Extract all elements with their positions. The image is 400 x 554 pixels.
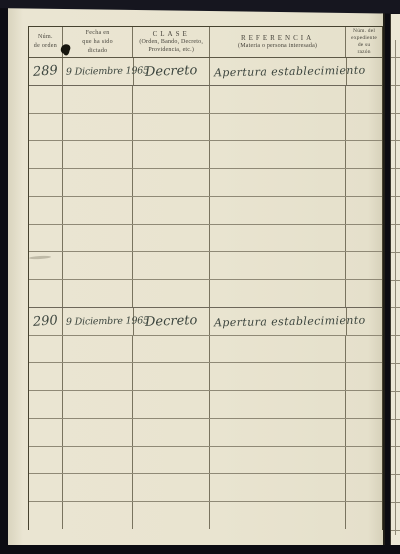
table-cell: 9 Diciembre 1965 [63,58,134,85]
table-cell [210,86,346,113]
table-cell: 289 [29,58,63,85]
table-body: 2899 Diciembre 1965DecretoApertura estab… [29,58,382,529]
table-cell [63,86,134,113]
table-cell [346,114,382,141]
table-row [29,280,382,308]
entry-referencia: Apertura establecimiento [213,64,365,80]
table-cell [346,502,382,529]
table-row [29,391,382,419]
table-header-row: Núm. de orden Fecha en que ha sido dicta… [29,27,382,58]
header-line: dictado [88,47,108,56]
table-cell [133,141,210,168]
table-cell [63,502,134,529]
table-cell: Apertura establecimiento [210,58,347,85]
next-page-rule-horizontal [391,252,400,253]
header-subtitle-line: Providencia, etc.) [148,47,194,55]
table-row [29,447,382,475]
header-line: de orden [34,42,57,51]
table-cell [346,197,382,224]
table-cell [133,280,210,307]
table-cell [29,86,63,113]
table-cell [133,86,210,113]
table-cell [29,197,63,224]
table-row: 2899 Diciembre 1965DecretoApertura estab… [29,58,382,86]
table-cell: 9 Diciembre 1965 [63,308,134,335]
table-row [29,363,382,391]
table-cell [210,141,346,168]
table-cell [346,169,382,196]
table-cell [133,474,210,501]
table-row [29,114,382,142]
header-line: razón [357,49,370,56]
table-cell [29,114,63,141]
next-page-rule-horizontal [391,419,400,420]
table-cell: Decreto [134,58,210,85]
table-cell: Apertura establecimiento [210,308,347,335]
column-header-fecha: Fecha en que ha sido dictado [63,27,134,57]
table-cell [210,419,346,446]
table-cell [210,114,346,141]
next-page-rule-horizontal [391,57,400,58]
table-row [29,169,382,197]
table-cell [133,391,210,418]
table-cell [346,391,382,418]
entry-fecha: 9 Diciembre 1965 [65,65,148,77]
table-cell [210,336,346,363]
next-page-edge [390,14,400,545]
table-row [29,197,382,225]
table-cell [346,363,382,390]
table-cell [210,280,346,307]
entry-num_orden: 290 [32,313,58,330]
table-cell [346,86,382,113]
table-cell [63,336,134,363]
next-page-rule-horizontal [391,168,400,169]
table-cell [29,336,63,363]
scanned-register-page: Núm. de orden Fecha en que ha sido dicta… [0,0,400,554]
table-cell [63,363,134,390]
table-cell [63,197,134,224]
column-header-clase: CLASE (Orden, Bando, Decreto, Providenci… [133,27,210,57]
next-page-rule-horizontal [391,363,400,364]
column-header-num-expediente: Núm. del expediente de su razón [346,27,382,57]
table-row [29,86,382,114]
header-line: de su [358,42,370,49]
next-page-rule-horizontal [391,307,400,308]
next-page-rule-horizontal [391,474,400,475]
table-cell [63,114,134,141]
table-cell [210,474,346,501]
next-page-rule-horizontal [391,446,400,447]
table-cell [63,419,134,446]
table-cell [29,474,63,501]
table-row: 2909 Diciembre 1965DecretoApertura estab… [29,308,382,336]
table-cell [133,363,210,390]
next-page-rule-horizontal [391,113,400,114]
header-subtitle-line: (Orden, Bando, Decreto, [139,39,203,47]
next-page-rule-horizontal [391,85,400,86]
header-title: CLASE [153,30,190,39]
table-row [29,502,382,529]
table-cell [133,225,210,252]
table-cell [29,391,63,418]
table-cell [346,419,382,446]
table-cell [346,447,382,474]
table-cell [210,225,346,252]
table-row [29,141,382,169]
entry-num_orden: 289 [32,63,58,80]
next-page-rule-horizontal [391,530,400,531]
table-cell [29,169,63,196]
table-cell [63,225,134,252]
table-cell [29,447,63,474]
header-line: expediente [351,35,377,42]
table-cell [63,280,134,307]
table-cell [29,363,63,390]
table-row [29,336,382,364]
header-line: Núm. del [353,28,375,35]
entry-fecha: 9 Diciembre 1965 [65,315,148,327]
table-cell [210,391,346,418]
next-page-rule-horizontal [391,280,400,281]
table-cell [63,141,134,168]
table-cell [133,197,210,224]
table-cell [210,363,346,390]
table-cell [210,447,346,474]
next-page-rule-horizontal [391,391,400,392]
table-cell [346,336,382,363]
table-cell [63,169,134,196]
table-cell [210,197,346,224]
table-cell [133,419,210,446]
table-row [29,252,382,280]
table-cell [346,141,382,168]
table-cell [346,252,382,279]
table-cell [210,252,346,279]
table-cell: Decreto [134,308,210,335]
next-page-rule-horizontal [391,335,400,336]
column-header-referencia: REFERENCIA (Materia o persona interesada… [210,27,346,57]
table-cell [133,336,210,363]
table-cell [29,280,63,307]
table-cell [133,169,210,196]
table-cell: 290 [29,308,63,335]
next-page-rule-vertical [395,40,396,535]
table-cell [29,502,63,529]
header-line: Núm. [38,33,53,42]
entry-referencia: Apertura establecimiento [213,313,365,329]
table-cell [29,141,63,168]
table-cell [29,225,63,252]
next-page-rule-horizontal [391,502,400,503]
table-cell [63,252,134,279]
table-row [29,419,382,447]
register-table: Núm. de orden Fecha en que ha sido dicta… [28,26,383,530]
header-line: Fecha en [86,29,110,38]
table-cell [63,391,134,418]
header-subtitle-line: (Materia o persona interesada) [238,43,317,51]
entry-clase: Decreto [145,63,198,80]
table-cell [346,225,382,252]
header-title: REFERENCIA [241,34,314,43]
table-cell [133,447,210,474]
table-cell [133,502,210,529]
table-cell [210,169,346,196]
column-header-num-orden: Núm. de orden [29,27,63,57]
table-cell [63,447,134,474]
table-row [29,474,382,502]
next-page-rule-horizontal [391,224,400,225]
header-line: que ha sido [82,38,113,47]
table-cell [133,114,210,141]
table-cell [346,474,382,501]
next-page-rule-horizontal [391,140,400,141]
ledger-page: Núm. de orden Fecha en que ha sido dicta… [8,6,385,545]
table-cell [346,280,382,307]
table-cell [29,419,63,446]
table-cell [210,502,346,529]
entry-clase: Decreto [145,313,198,330]
next-page-rule-horizontal [391,196,400,197]
table-cell [63,474,134,501]
table-cell [133,252,210,279]
table-row [29,225,382,253]
